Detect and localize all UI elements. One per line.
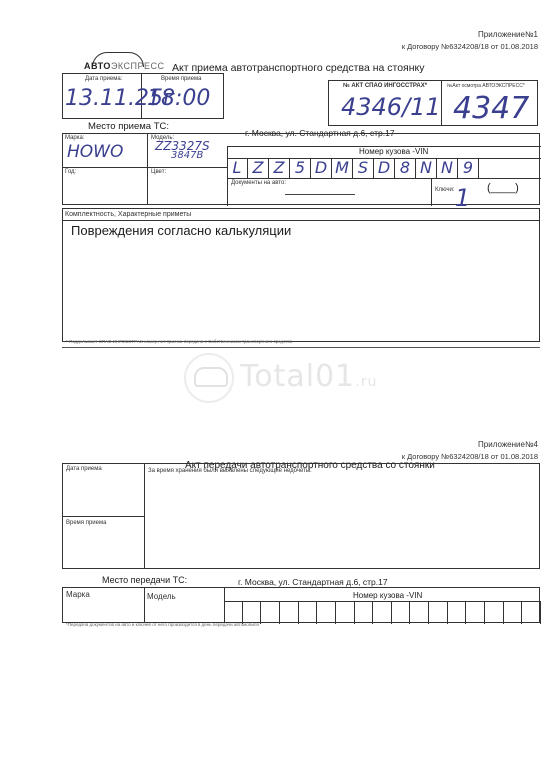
vin-char-cell[interactable]: 8: [395, 158, 416, 178]
vin-empty-cell[interactable]: [504, 602, 523, 624]
vin-char-cell[interactable]: 9: [458, 158, 479, 178]
vin-char-cell[interactable]: S: [353, 158, 374, 178]
transfer-time-label: Время приема: [66, 520, 106, 526]
vin-char-cell[interactable]: D: [374, 158, 395, 178]
defects-label: За время хранения были выявлены следующи…: [148, 468, 312, 474]
vin-char-cell[interactable]: M: [332, 158, 353, 178]
vin-empty-cell[interactable]: [280, 602, 299, 624]
transfer-brand-label: Марка: [66, 590, 90, 599]
vin-empty-cell[interactable]: [392, 602, 411, 624]
keys-label: Ключи:: [435, 187, 455, 193]
watermark-suffix: .ru: [355, 374, 377, 390]
vin-char-cell[interactable]: D: [311, 158, 332, 178]
features-value[interactable]: Повреждения согласно калькуляции: [71, 223, 291, 238]
vin-empty-cell[interactable]: [224, 602, 243, 624]
transfer-vin-row: [224, 602, 541, 624]
transfer-vehicle-table: Марка Модель Номер кузова -VIN: [62, 587, 540, 623]
vin-char-cell[interactable]: Z: [248, 158, 269, 178]
year-label: Год:: [65, 169, 76, 175]
features-box: Комплектность, Характерные приметы Повре…: [62, 208, 540, 342]
vin-empty-cell[interactable]: [448, 602, 467, 624]
logo-light: ЭКСПРЕСС: [111, 61, 165, 71]
autoexpress-logo: АВТОЭКСПРЕСС: [84, 52, 150, 74]
vin-empty-cell[interactable]: [522, 602, 541, 624]
vin-empty-cell[interactable]: [485, 602, 504, 624]
vin-char-cell[interactable]: N: [416, 158, 437, 178]
vin-char-cell[interactable]: L: [227, 158, 248, 178]
docs-label: Документы на авто:: [231, 180, 286, 186]
watermark-text: Total01: [240, 359, 355, 394]
vin-empty-cell[interactable]: [299, 602, 318, 624]
features-label: Комплектность, Характерные приметы: [65, 211, 191, 218]
vin-empty-cell[interactable]: [429, 602, 448, 624]
ae-act-label: №Акт осмотра АВТОЭКСПРЕСС*: [447, 83, 525, 89]
vin-label: Номер кузова -VIN: [359, 147, 428, 156]
transfer-model-label: Модель: [147, 592, 176, 601]
vin-char-cell[interactable]: Z: [269, 158, 290, 178]
vehicle-table: Марка: HOWO Модель: ZZ3327S 3847B Номер …: [62, 133, 540, 205]
ingos-act-label: № АКТ СПАО ИНГОССТРАХ*: [343, 83, 427, 89]
vin-row: LZZ5DMSD8NN9: [227, 158, 541, 178]
vin-char-cell[interactable]: N: [437, 158, 458, 178]
vin-empty-cell[interactable]: [317, 602, 336, 624]
place-label: Место приема ТС:: [88, 121, 169, 132]
vin-empty-cell[interactable]: [336, 602, 355, 624]
divider: [62, 347, 540, 348]
model-value[interactable]: ZZ3327S 3847B: [155, 141, 210, 161]
vin-empty-cell[interactable]: [355, 602, 374, 624]
transfer-table: Дата приема Время приема За время хранен…: [62, 463, 540, 569]
defects-field[interactable]: [145, 477, 541, 569]
vin-empty-cell[interactable]: [466, 602, 485, 624]
appendix-label-2: Приложение№4: [478, 440, 538, 449]
vin-empty-cell[interactable]: [373, 602, 392, 624]
time-value[interactable]: 18:00: [147, 86, 210, 111]
vin-empty-cell[interactable]: [410, 602, 429, 624]
footnote-2: *Передача документов на авто и ключей от…: [66, 622, 259, 627]
footnote-1: * Подделывает СПАО ИНГОССТРАХ номер Акт …: [66, 339, 292, 344]
vin-empty-cell[interactable]: [243, 602, 262, 624]
watermark-car-icon: [194, 367, 228, 387]
keys-blank: (____): [487, 182, 519, 194]
transfer-place-label: Место передачи ТС:: [102, 575, 187, 585]
vin-char-cell[interactable]: 5: [290, 158, 311, 178]
docs-dash: [285, 194, 355, 195]
color-label: Цвет:: [151, 169, 166, 175]
act-number-table: № АКТ СПАО ИНГОССТРАХ* №Акт осмотра АВТО…: [328, 80, 538, 126]
brand-value[interactable]: HOWO: [67, 142, 123, 162]
brand-label: Марка:: [65, 135, 85, 141]
watermark: Total01.ru: [180, 353, 400, 403]
ae-act-value[interactable]: 4347: [453, 91, 529, 126]
transfer-address: г. Москва, ул. Стандартная д.6, стр.17: [238, 577, 388, 587]
time-label: Время приема: [161, 76, 201, 82]
date-time-table: Дата приема: Время приема 13.11.25г 18:0…: [62, 73, 224, 119]
vin-empty-cell[interactable]: [261, 602, 280, 624]
ingos-act-value[interactable]: 4346/11: [341, 93, 441, 121]
logo-bold: АВТО: [84, 61, 111, 71]
date-label: Дата приема:: [85, 76, 122, 82]
transfer-vin-label: Номер кузова -VIN: [353, 591, 422, 600]
appendix-label: Приложение№1: [478, 30, 538, 39]
transfer-date-label: Дата приема: [66, 466, 102, 472]
contract-reference: к Договору №6324208/18 от 01.08.2018: [402, 42, 538, 51]
